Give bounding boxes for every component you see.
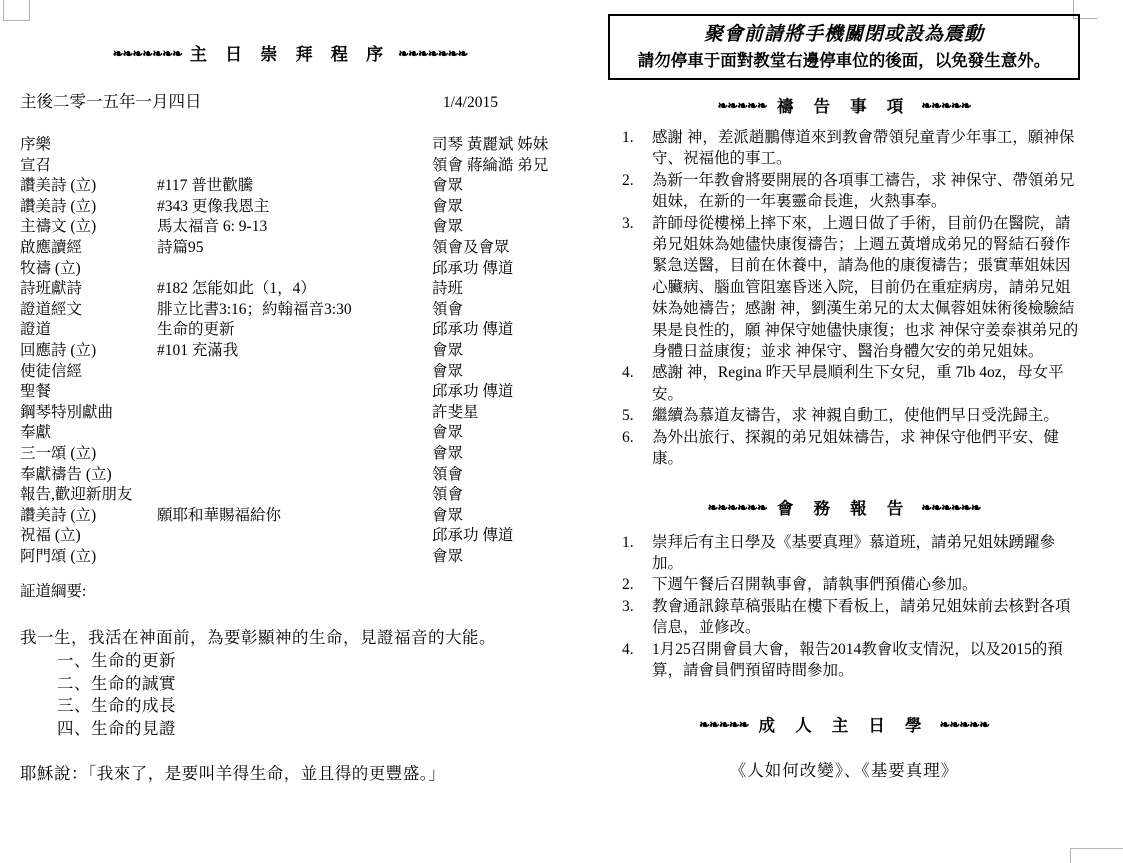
- page-corner-mark: [1070, 848, 1123, 863]
- prayer-item: 4. 感謝 神，Regina 昨天早晨順利生下女兒，重 7lb 4oz，母女平安…: [608, 362, 1080, 405]
- program-item: 讚美詩 (立): [20, 506, 157, 527]
- prayer-item-text: 感謝 神，Regina 昨天早晨順利生下女兒，重 7lb 4oz，母女平安。: [652, 362, 1080, 405]
- sunday-school-materials: 《人如何改變》、《基要真理》: [608, 757, 1080, 781]
- program-row: 宣召 領會 蔣綸澔 弟兄: [20, 156, 560, 177]
- prayer-item: 2. 為新一年教會將要開展的各項事工禱告，求 神保守、帶領弟兄姐妹，在新的一年裏…: [608, 170, 1080, 213]
- program-leader: 司琴 黃麗斌 姊妹: [432, 135, 560, 156]
- program-detail: #343 更像我恩主: [157, 197, 432, 218]
- scroll-ornament-icon: ❧❧❧❧❧❧❧: [113, 46, 182, 61]
- program-row: 回應詩 (立) #101 充滿我 會眾: [20, 341, 560, 362]
- program-item: 三一頌 (立): [20, 444, 157, 465]
- program-detail: [157, 526, 432, 547]
- scroll-ornament-icon: ❧❧❧❧❧❧❧: [398, 46, 467, 61]
- prayer-item-number: 6.: [608, 427, 652, 470]
- program-leader: 會眾: [432, 444, 560, 465]
- notice-box: 聚會前請將手機關閉或設為震動 請勿停車于面對教堂右邊停車位的後面，以免發生意外。: [608, 14, 1080, 80]
- program-leader: 會眾: [432, 362, 560, 383]
- prayer-list: 1. 感謝 神，差派趙鵬傳道來到教會帶領兒童青少年事工，願神保守、祝福他的事工。…: [608, 127, 1080, 470]
- report-item-text: 1月25召開會員大會，報告2014教會收支情況，以及2015的預算，請會員們預留…: [652, 639, 1080, 682]
- prayer-item-number: 3.: [608, 213, 652, 363]
- prayer-item: 1. 感謝 神，差派趙鵬傳道來到教會帶領兒童青少年事工，願神保守、祝福他的事工。: [608, 127, 1080, 170]
- sermon-outline-points: 一、生命的更新 二、生命的誠實 三、生命的成長 四、生命的見證: [20, 650, 560, 740]
- program-item: 序樂: [20, 135, 157, 156]
- program-item: 使徒信經: [20, 362, 157, 383]
- sunday-school-title: 成 人 主 日 學: [759, 716, 930, 735]
- prayer-item-text: 為外出旅行、探親的弟兄姐妹禱告，求 神保守他們平安、健康。: [652, 427, 1080, 470]
- scroll-ornament-icon: ❧❧❧❧❧: [921, 98, 970, 113]
- program-detail: [157, 465, 432, 486]
- date-numeric: 1/4/2015: [443, 94, 560, 112]
- prayer-item-text: 繼續為慕道友禱告，求 神親自動工，使他們早日受洗歸主。: [652, 405, 1080, 426]
- program-item: 證道: [20, 320, 157, 341]
- program-item: 讚美詩 (立): [20, 197, 157, 218]
- bulletin-page: { "colors": { "ink": "#000000", "corner_…: [0, 0, 1123, 863]
- program-leader: 領會: [432, 300, 560, 321]
- program-row: 鋼琴特別獻曲 許斐星: [20, 403, 560, 424]
- notice-phone: 聚會前請將手機關閉或設為震動: [612, 19, 1076, 46]
- program-item: 宣召: [20, 156, 157, 177]
- page-title: 主 日 崇 拜 程 序: [190, 45, 390, 64]
- prayer-item-text: 感謝 神，差派趙鵬傳道來到教會帶領兒童青少年事工，願神保守、祝福他的事工。: [652, 127, 1080, 170]
- scroll-ornament-icon: ❧❧❧❧❧: [940, 717, 989, 732]
- program-item: 阿門頌 (立): [20, 547, 157, 568]
- prayer-section-heading: ❧❧❧❧❧禱 告 事 項❧❧❧❧❧: [608, 93, 1080, 117]
- program-leader: 會眾: [432, 176, 560, 197]
- sermon-outline-heading: 証道綱要:: [20, 579, 560, 601]
- program-leader: 領會: [432, 465, 560, 486]
- program-leader: 許斐星: [432, 403, 560, 424]
- program-detail: 馬太福音 6: 9-13: [157, 217, 432, 238]
- prayer-item-text: 許師母從樓梯上摔下來，上週日做了手術，目前仍在醫院，請弟兄姐妹為她儘快康復禱告；…: [652, 213, 1080, 363]
- program-detail: 詩篇95: [157, 238, 432, 259]
- program-row: 讚美詩 (立) 願耶和華賜福給你 會眾: [20, 506, 560, 527]
- program-leader: 會眾: [432, 547, 560, 568]
- program-leader: 領會 蔣綸澔 弟兄: [432, 156, 560, 177]
- notice-parking: 請勿停車于面對教堂右邊停車位的後面，以免發生意外。: [612, 47, 1076, 71]
- report-item-text: 教會通訊錄草稿張貼在樓下看板上，請弟兄姐妹前去核對各項信息，並修改。: [652, 596, 1080, 639]
- program-detail: [157, 156, 432, 177]
- date-chinese: 主後二零一五年一月四日: [20, 88, 202, 112]
- report-item: 4. 1月25召開會員大會，報告2014教會收支情況，以及2015的預算，請會員…: [608, 639, 1080, 682]
- sermon-outline-intro: 我一生，我活在神面前，為要彰顯神的生命，見證福音的大能。: [20, 624, 560, 648]
- program-leader: 會眾: [432, 197, 560, 218]
- program-detail: #117 普世歡騰: [157, 176, 432, 197]
- announcements-column: 聚會前請將手機關閉或設為震動 請勿停車于面對教堂右邊停車位的後面，以免發生意外。…: [608, 14, 1080, 781]
- worship-order-column: ❧❧❧❧❧❧❧主 日 崇 拜 程 序❧❧❧❧❧❧❧ 主後二零一五年一月四日 1/…: [20, 40, 560, 784]
- scroll-ornament-icon: ❧❧❧❧❧: [717, 98, 766, 113]
- program-row: 證道經文 腓立比書3:16；約翰福音3:30 領會: [20, 300, 560, 321]
- prayer-section-title: 禱 告 事 項: [777, 97, 911, 116]
- program-row: 聖餐 邱承功 傳道: [20, 382, 560, 403]
- report-item-text: 崇拜后有主日學及《基要真理》慕道班，請弟兄姐妹踴躍參加。: [652, 532, 1080, 575]
- sunday-school-heading: ❧❧❧❧❧成 人 主 日 學❧❧❧❧❧: [608, 712, 1080, 736]
- program-detail: #182 怎能如此（1，4）: [157, 279, 432, 300]
- page-corner-mark: [3, 0, 30, 21]
- program-detail: [157, 423, 432, 444]
- program-detail: 腓立比書3:16；約翰福音3:30: [157, 300, 432, 321]
- program-item: 回應詩 (立): [20, 341, 157, 362]
- program-detail: [157, 135, 432, 156]
- sermon-outline-point: 三、生命的成長: [57, 695, 560, 718]
- scripture-quote: 耶穌說：「我來了，是要叫羊得生命，並且得的更豐盛。」: [20, 760, 560, 784]
- program-detail: 願耶和華賜福給你: [157, 506, 432, 527]
- program-item: 奉獻禱告 (立): [20, 465, 157, 486]
- program-leader: 會眾: [432, 506, 560, 527]
- report-section-heading: ❧❧❧❧❧❧會 務 報 告❧❧❧❧❧❧: [608, 495, 1080, 519]
- program-item: 祝福 (立): [20, 526, 157, 547]
- program-row: 阿門頌 (立) 會眾: [20, 547, 560, 568]
- program-table: 序樂 司琴 黃麗斌 姊妹 宣召 領會 蔣綸澔 弟兄 讚美詩 (立) #117 普…: [20, 135, 560, 567]
- report-item-number: 3.: [608, 596, 652, 639]
- program-row: 讚美詩 (立) #343 更像我恩主 會眾: [20, 197, 560, 218]
- program-row: 詩班獻詩 #182 怎能如此（1，4） 詩班: [20, 279, 560, 300]
- program-item: 主禱文 (立): [20, 217, 157, 238]
- scroll-ornament-icon: ❧❧❧❧❧: [699, 717, 748, 732]
- program-item: 讚美詩 (立): [20, 176, 157, 197]
- program-row: 牧禱 (立) 邱承功 傳道: [20, 259, 560, 280]
- program-item: 詩班獻詩: [20, 279, 157, 300]
- program-leader: 領會: [432, 485, 560, 506]
- program-row: 讚美詩 (立) #117 普世歡騰 會眾: [20, 176, 560, 197]
- report-item-number: 1.: [608, 532, 652, 575]
- program-leader: 會眾: [432, 217, 560, 238]
- program-detail: [157, 382, 432, 403]
- program-row: 證道 生命的更新 邱承功 傳道: [20, 320, 560, 341]
- prayer-item-number: 4.: [608, 362, 652, 405]
- program-detail: [157, 485, 432, 506]
- report-section-title: 會 務 報 告: [777, 499, 911, 518]
- program-detail: [157, 547, 432, 568]
- sermon-outline-point: 一、生命的更新: [57, 650, 560, 673]
- report-item-number: 2.: [608, 574, 652, 595]
- program-row: 使徒信經 會眾: [20, 362, 560, 383]
- program-item: 牧禱 (立): [20, 259, 157, 280]
- prayer-item: 3. 許師母從樓梯上摔下來，上週日做了手術，目前仍在醫院，請弟兄姐妹為她儘快康復…: [608, 213, 1080, 363]
- program-detail: [157, 444, 432, 465]
- program-row: 祝福 (立) 邱承功 傳道: [20, 526, 560, 547]
- program-item: 聖餐: [20, 382, 157, 403]
- report-item: 2. 下週午餐后召開執事會，請執事們預備心參加。: [608, 574, 1080, 595]
- program-row: 主禱文 (立) 馬太福音 6: 9-13 會眾: [20, 217, 560, 238]
- report-item-text: 下週午餐后召開執事會，請執事們預備心參加。: [652, 574, 1080, 595]
- program-item: 奉獻: [20, 423, 157, 444]
- prayer-item-text: 為新一年教會將要開展的各項事工禱告，求 神保守、帶領弟兄姐妹，在新的一年裏靈命長…: [652, 170, 1080, 213]
- program-leader: 邱承功 傳道: [432, 382, 560, 403]
- program-leader: 會眾: [432, 341, 560, 362]
- program-item: 證道經文: [20, 300, 157, 321]
- program-leader: 邱承功 傳道: [432, 259, 560, 280]
- program-detail: [157, 259, 432, 280]
- program-leader: 邱承功 傳道: [432, 526, 560, 547]
- report-item-number: 4.: [608, 639, 652, 682]
- program-row: 奉獻禱告 (立) 領會: [20, 465, 560, 486]
- program-item: 報告,歡迎新朋友: [20, 485, 157, 506]
- program-row: 奉獻 會眾: [20, 423, 560, 444]
- prayer-item-number: 2.: [608, 170, 652, 213]
- program-leader: 會眾: [432, 423, 560, 444]
- program-row: 序樂 司琴 黃麗斌 姊妹: [20, 135, 560, 156]
- prayer-item-number: 5.: [608, 405, 652, 426]
- prayer-item-number: 1.: [608, 127, 652, 170]
- program-detail: [157, 362, 432, 383]
- program-row: 啟應讀經 詩篇95 領會及會眾: [20, 238, 560, 259]
- report-list: 1. 崇拜后有主日學及《基要真理》慕道班，請弟兄姐妹踴躍參加。 2. 下週午餐后…: [608, 532, 1080, 682]
- program-row: 三一頌 (立) 會眾: [20, 444, 560, 465]
- program-leader: 邱承功 傳道: [432, 320, 560, 341]
- program-detail: 生命的更新: [157, 320, 432, 341]
- worship-order-title: ❧❧❧❧❧❧❧主 日 崇 拜 程 序❧❧❧❧❧❧❧: [20, 40, 560, 65]
- report-item: 1. 崇拜后有主日學及《基要真理》慕道班，請弟兄姐妹踴躍參加。: [608, 532, 1080, 575]
- program-detail: #101 充滿我: [157, 341, 432, 362]
- prayer-item: 6. 為外出旅行、探親的弟兄姐妹禱告，求 神保守他們平安、健康。: [608, 427, 1080, 470]
- program-leader: 詩班: [432, 279, 560, 300]
- program-leader: 領會及會眾: [432, 238, 560, 259]
- sermon-outline-point: 二、生命的誠實: [57, 673, 560, 696]
- sermon-outline-point: 四、生命的見證: [57, 718, 560, 741]
- program-row: 報告,歡迎新朋友 領會: [20, 485, 560, 506]
- program-detail: [157, 403, 432, 424]
- scroll-ornament-icon: ❧❧❧❧❧❧: [921, 500, 980, 515]
- scroll-ornament-icon: ❧❧❧❧❧❧: [707, 500, 766, 515]
- program-item: 鋼琴特別獻曲: [20, 403, 157, 424]
- prayer-item: 5. 繼續為慕道友禱告，求 神親自動工，使他們早日受洗歸主。: [608, 405, 1080, 426]
- date-row: 主後二零一五年一月四日 1/4/2015: [20, 88, 560, 112]
- report-item: 3. 教會通訊錄草稿張貼在樓下看板上，請弟兄姐妹前去核對各項信息，並修改。: [608, 596, 1080, 639]
- program-item: 啟應讀經: [20, 238, 157, 259]
